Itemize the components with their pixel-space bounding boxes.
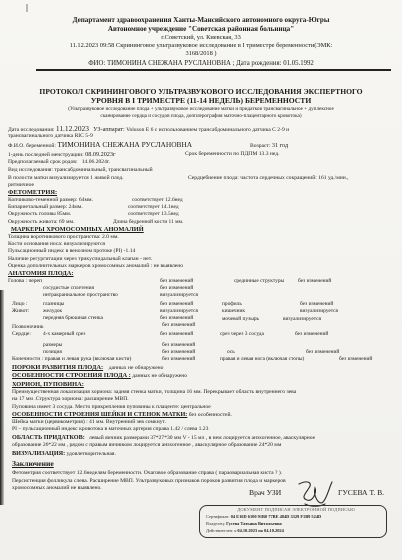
anatomy-item2: срез через 3 сосуда (220, 331, 264, 338)
cervix-heading: ОСОБЕННОСТИ СТРОЕНИЯ ШЕЙКИ И СТЕНОК МАТК… (12, 411, 187, 418)
edd-value: 14.06.2024г. (82, 159, 110, 165)
anatomy-value: без изменений (160, 331, 193, 338)
institution-name: Автономное учреждение "Советская районна… (0, 25, 402, 34)
fetometry-ac: Окружность живота: 69 мм. (8, 219, 74, 226)
chorion-line3: Пуповина имеет 3 сосуда. Место прикрепле… (12, 404, 211, 411)
stamp-title: ДОКУМЕНТ ПОДПИСАН ЭЛЕКТРОННОЙ ПОДПИСЬЮ (206, 506, 386, 513)
cervix-heading-row: ОСОБЕННОСТИ СТРОЕНИЯ ШЕЙКИ И СТЕНОК МАТК… (12, 411, 232, 419)
anatomy-value2: без изменений (295, 331, 328, 338)
defects-row: ПОРОКИ РАЗВИТИЯ ПЛОДА: данных не обнаруж… (12, 364, 163, 372)
fetometry-heading: ФЕТОМЕТРИЯ: (8, 189, 57, 196)
visualization-value: удовлетворительная. (67, 451, 116, 457)
anatomy-item: желудок (43, 308, 62, 315)
anatomy-value2: визуализируется (300, 308, 338, 315)
features-value: данных не обнаружено (132, 373, 187, 379)
anatomy-value: без изменений (162, 322, 195, 329)
adnexa-heading: ОБЛАСТЬ ПРИДАТКОВ: (12, 434, 85, 441)
document-page: Департамент здравоохранения Ханты-Мансий… (0, 0, 402, 560)
edd-label: Предполагаемый срок родов: (8, 159, 78, 165)
rhythm-line: ритмичное (8, 182, 34, 189)
uterus-line: В полости матки визуализируется 1 живой … (8, 175, 124, 182)
conclusion-heading: Заключение (12, 459, 54, 468)
stamp-valid-row: Действителен: с 04.10.2023 по 04.10.2024 (206, 527, 386, 534)
features-row: ОСОБЕННОСТИ СТРОЕНИЯ ПЛОДА : данных не о… (12, 372, 187, 380)
anatomy-value: без изменений (160, 285, 193, 292)
anatomy-group: Голова : череп (8, 278, 42, 285)
fetometry-crl-label: Копчиково-теменной размер: 64мм. (8, 197, 93, 204)
patient-row: Ф.И.О. беременной: ТИМОНИНА СНЕЖАНА РУСЛ… (8, 141, 192, 150)
edd-row: Предполагаемый срок родов: 14.06.2024г. (8, 159, 110, 166)
electronic-signature-stamp: ДОКУМЕНТ ПОДПИСАН ЭЛЕКТРОННОЙ ПОДПИСЬЮ С… (199, 505, 387, 538)
anatomy-item2: кишечник (222, 308, 245, 315)
defects-value: данных не обнаружено (109, 365, 164, 371)
anatomy-value: без изменений (162, 342, 195, 349)
anatomy-item2: мочевой пузырь (222, 316, 259, 323)
header-divider (36, 69, 391, 71)
exam-type-value: трансабдоминальный, трансвагинальный (54, 167, 152, 173)
adnexa-line2: образование 26*22 мм , рядом с правым яи… (12, 442, 281, 449)
doctor-role: Врач УЗИ (249, 488, 281, 497)
anatomy-item: 4-х камерный срез (43, 331, 85, 338)
visualization-heading: ВИЗУАЛИЗАЦИЯ: (12, 450, 65, 457)
protocol-subtitle-line2: сканирование сердца и сосудов плода, доп… (20, 113, 382, 120)
age-row: Возраст: 31 год (250, 142, 288, 150)
anatomy-value2: без изменений (298, 278, 331, 285)
anatomy-item: сосудистые сплетения (43, 285, 94, 292)
anatomy-group: Лицо : (12, 301, 28, 308)
anatomy-legs-value: без изменений (339, 356, 372, 363)
chorion-line2: на 17 мм .Структура хориона: расширение … (12, 396, 129, 403)
doctor-name: ГУСЕВА Т. В. (338, 488, 384, 497)
anatomy-value: визуализируется (160, 308, 198, 315)
patient-name: ТИМОНИНА СНЕЖАНА РУСЛАНОВНА (57, 140, 192, 149)
lmp-label: 1-день последней менструации: (8, 152, 84, 158)
exam-date: 11.12.2023 (56, 124, 89, 133)
stamp-valid-value: с 04.10.2023 по 04.10.2024 (234, 528, 283, 533)
cervix-line2: PI – пульсационный индекс кровотока в ма… (12, 426, 208, 433)
device: Voluson E 6 с использованием трансабдоми… (126, 127, 289, 133)
protocol-subtitle-line1: (Ультразвуковое исследование плода + уль… (20, 106, 382, 113)
marker-ductus-pi: Пульсационный индекс в венозном протоке … (8, 248, 135, 255)
ga-row: Срок беременности по ПДПМ 13.3 нед. (185, 151, 280, 158)
stamp-owner-label: Владелец: (206, 521, 225, 526)
anatomy-item: позиция (43, 349, 62, 356)
stamp-cert-label: Сертификат: (206, 514, 230, 519)
anatomy-item: размеры (43, 342, 62, 349)
markers-heading: МАРКЕРЫ ХРОМОСОМНЫХ АНОМАЛИЙ (11, 226, 144, 233)
ga-label: Срок беременности по ПДПМ (185, 151, 257, 157)
anatomy-value: без изменений (160, 301, 193, 308)
chorion-heading: ХОРИОН, ПУПОВИНА: (12, 381, 84, 388)
fetometry-bpd-value: соответствует 14.1нед (128, 204, 179, 211)
anatomy-value: без изменений (162, 349, 195, 356)
visualization-row: ВИЗУАЛИЗАЦИЯ: удовлетворительная. (12, 450, 116, 458)
features-heading: ОСОБЕННОСТИ СТРОЕНИЯ ПЛОДА : (12, 372, 131, 379)
age-label: Возраст: (250, 143, 271, 149)
marker-nasal-bone: Кости основания носа: визуализируются (8, 241, 105, 248)
marker-additional: Оценка дополнительных маркеров хромосомн… (8, 263, 183, 270)
anatomy-item2: ось (227, 349, 235, 356)
cervix-line1: Шейка матки (цервикометрия) : 41 мм. Вну… (12, 419, 166, 426)
anatomy-item: интракраниальное пространство (43, 292, 118, 299)
anatomy-limbs-value: без изменений (162, 356, 195, 363)
anatomy-item: передняя брюшная стенка (43, 315, 103, 322)
scan-mark (26, 4, 28, 12)
conclusion-line1: Фетометрия соответствует 12.6неделям бер… (12, 470, 282, 477)
adnexa-row: ОБЛАСТЬ ПРИДАТКОВ: левый яичник размерам… (12, 434, 315, 442)
fetometry-hc-value: соответствует 13.5нед (128, 211, 179, 218)
marker-nt: Толщина воротникового пространства: 2.0 … (8, 234, 119, 241)
lmp-row: 1-день последней менструации: 08.09.2023… (8, 151, 116, 159)
anatomy-value2: визуализируется (283, 316, 321, 323)
stamp-owner-row: Владелец: Гусева Татьяна Витальевна (206, 520, 386, 527)
anatomy-value: без изменений (160, 278, 193, 285)
device-label: УЗ-аппарат: (93, 126, 125, 133)
device-line2: трансвагинального датчика RIC 5-9 (8, 133, 93, 140)
emk-number: 3168/2018 ) (0, 50, 402, 58)
lmp-value: 08.09.2023г (85, 151, 115, 158)
anatomy-item2: срединные структуры (234, 278, 284, 285)
anatomy-value: визуализируется (160, 292, 198, 299)
anatomy-legs-label: правая и левая нога (включая стопы) (220, 356, 304, 363)
defects-heading: ПОРОКИ РАЗВИТИЯ ПЛОДА: (12, 364, 103, 371)
cervix-heading-value: без особенностей. (189, 412, 232, 418)
department-name: Департамент здравоохранения Ханты-Мансий… (0, 16, 402, 25)
anatomy-group: Сердце: (12, 331, 31, 338)
anatomy-group: Позвоночник (12, 324, 44, 331)
fetometry-hc-label: Окружность головы 85мм. (8, 211, 71, 218)
fetometry-fl: Длина бедренной кости 11 мм. (113, 219, 183, 226)
stamp-cert-value: 04 E16D 6100 91B0 77BE 484D 3329 F1B9 52… (231, 514, 322, 519)
anatomy-value: без изменений (160, 315, 193, 322)
stamp-valid-label: Действителен: (206, 528, 233, 533)
exam-type-row: Вид исследования: трансабдоминальный, тр… (8, 167, 153, 174)
anatomy-group: Живот: (12, 308, 29, 315)
anatomy-limbs-label: Конечности : правая и левая рука (включа… (12, 356, 131, 363)
conclusion-line2: Персистенция фолликула слева. Расширение… (12, 478, 286, 485)
institution-address: г.Советский, ул. Киевская, 33 (0, 34, 402, 42)
anatomy-value2: без изменений (306, 349, 339, 356)
ga-value: 13.3 нед. (259, 151, 280, 157)
anatomy-value2: без изменений (300, 301, 333, 308)
anatomy-item2: профиль (222, 301, 242, 308)
stamp-owner-value: Гусева Татьяна Витальевна (226, 521, 282, 526)
exam-type-label: Вид исследования: (8, 167, 53, 173)
anatomy-item: глазницы (43, 301, 64, 308)
fetometry-bpd-label: Бипариетальный размер: 24мм. (8, 204, 83, 211)
anatomy-heading: АНАТОМИЯ ПЛОДА: (8, 270, 74, 277)
adnexa-line1: левый яичник размерами 37*27*30 мм V - 1… (89, 435, 315, 441)
age-value: 31 год (272, 142, 288, 149)
protocol-title-line2: УРОВНЯ В I ТРИМЕСТРЕ (11-14 НЕДЕЛЬ) БЕРЕ… (0, 96, 402, 106)
chorion-line1: Преимущественная локализация хориона: за… (12, 389, 296, 396)
stamp-cert-row: Сертификат: 04 E16D 6100 91B0 77BE 484D … (206, 513, 386, 520)
conclusion-line3: хромосомных аномалий не выявлено. (12, 485, 102, 492)
patient-fio-line: ФИО: ТИМОНИНА СНЕЖАНА РУСЛАНОВНА ; Дата … (0, 59, 402, 68)
marker-tricuspid: Наличие регургитации через трикуспидальн… (8, 256, 152, 263)
fetometry-crl-value: соответствует 12.6нед (132, 197, 183, 204)
scan-shadow (0, 290, 4, 505)
heartbeat-line: Сердцебиение плода: частота сердечных со… (188, 175, 349, 182)
exam-header-line: 11.12.2023 09:58 Скрининговое ультразвук… (20, 42, 382, 50)
patient-label: Ф.И.О. беременной: (8, 143, 56, 149)
